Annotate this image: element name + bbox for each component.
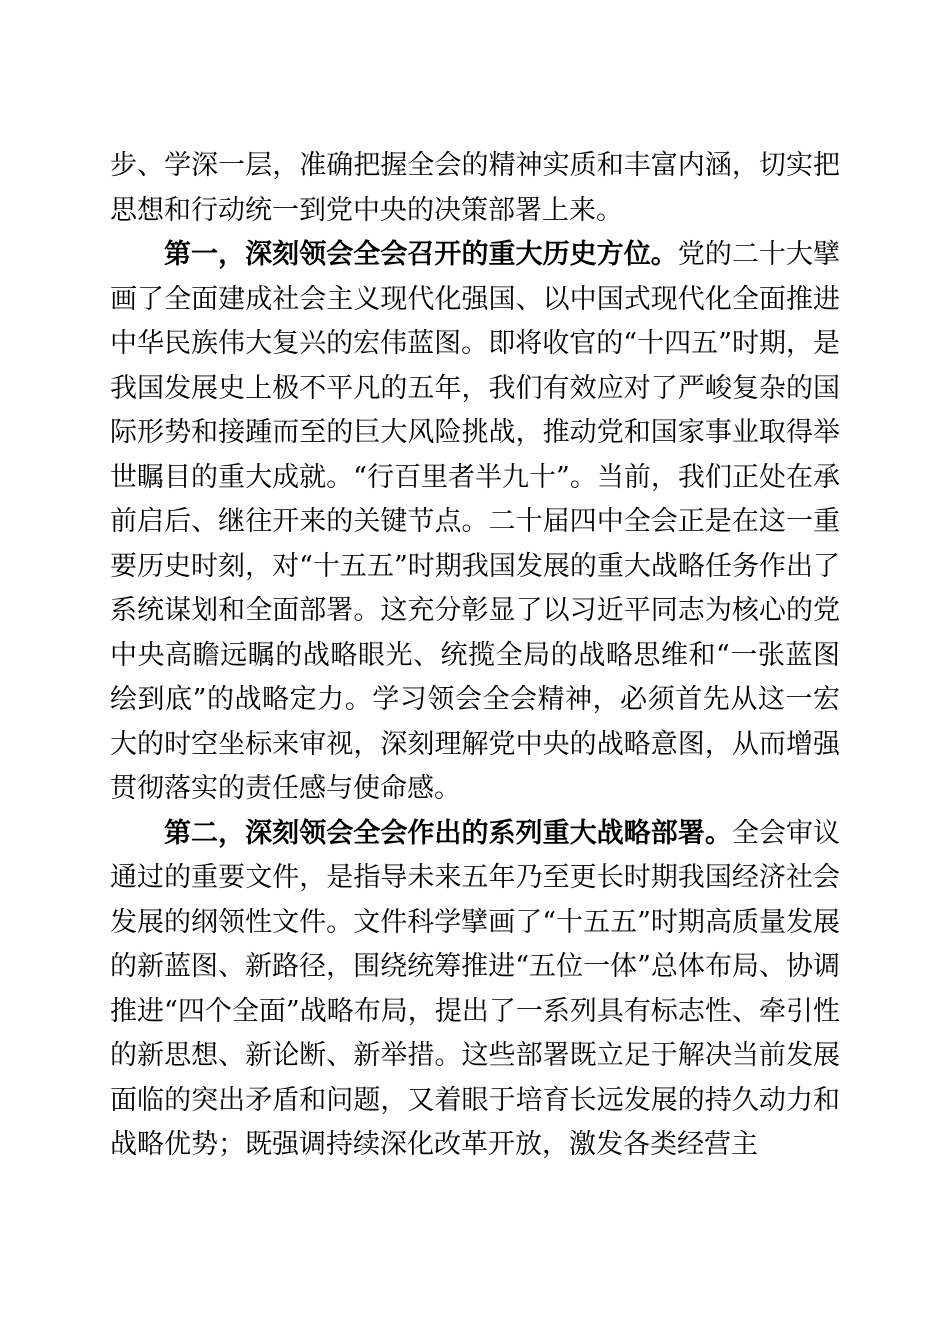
document-page: 步、学深一层，准确把握全会的精神实质和丰富内涵，切实把思想和行动统一到党中央的决… (0, 0, 950, 1344)
paragraph-first-point: 第一，深刻领会全会召开的重大历史方位。党的二十大擘画了全面建成社会主义现代化强国… (110, 233, 840, 812)
paragraph-text: 全会审议通过的重要文件，是指导未来五年乃至更长时期我国经济社会发展的纲领性文件。… (110, 818, 840, 1161)
paragraph-text: 党的二十大擘画了全面建成社会主义现代化强国、以中国式现代化全面推进中华民族伟大复… (110, 239, 840, 804)
paragraph-text: 步、学深一层，准确把握全会的精神实质和丰富内涵，切实把思想和行动统一到党中央的决… (110, 150, 840, 226)
paragraph-second-point: 第二，深刻领会全会作出的系列重大战略部署。全会审议通过的重要文件，是指导未来五年… (110, 812, 840, 1168)
paragraph-lead-bold: 第二，深刻领会全会作出的系列重大战略部署。 (164, 818, 732, 849)
document-body: 步、学深一层，准确把握全会的精神实质和丰富内涵，切实把思想和行动统一到党中央的决… (110, 144, 840, 1168)
paragraph-continuation: 步、学深一层，准确把握全会的精神实质和丰富内涵，切实把思想和行动统一到党中央的决… (110, 144, 840, 233)
paragraph-lead-bold: 第一，深刻领会全会召开的重大历史方位。 (164, 239, 678, 270)
